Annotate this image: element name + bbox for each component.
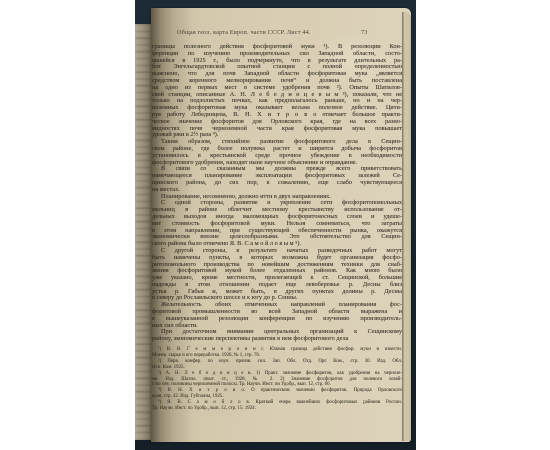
footnotes: ¹) В. В. Г е м м е р л и н г. Южная гран…: [152, 347, 402, 412]
screenshot-root: Общая геол. карта Европ. части СССР. Лис…: [0, 0, 550, 450]
book-page: Общая геол. карта Европ. части СССР. Лис…: [151, 8, 411, 442]
running-head-title: Общая геол. карта Европ. части СССР. Лис…: [177, 29, 311, 36]
body-text: границы полезного действия фосфоритовой …: [152, 44, 402, 343]
text-line: району, экономические перспективы развит…: [152, 336, 402, 343]
facing-page-edge: [135, 24, 152, 440]
text-line: щинского района, до сих пор, к сожалению…: [152, 180, 402, 187]
text-line: ³) А. Н. Л е б е д и н ц е в. 1) Практ. …: [152, 371, 402, 377]
text-line: Тр. Научн. Инст. по Удобр., вып. 12, стр…: [152, 406, 402, 412]
book-photo: Общая геол. карта Европ. части СССР. Лис…: [135, 0, 416, 450]
page-number: 73: [361, 29, 368, 36]
page-fore-edge: [402, 12, 411, 441]
running-head: Общая геол. карта Европ. части СССР. Лис…: [151, 29, 411, 39]
text-line: ²) Перв. конфер. по изуч. произв. сил. З…: [152, 359, 402, 365]
